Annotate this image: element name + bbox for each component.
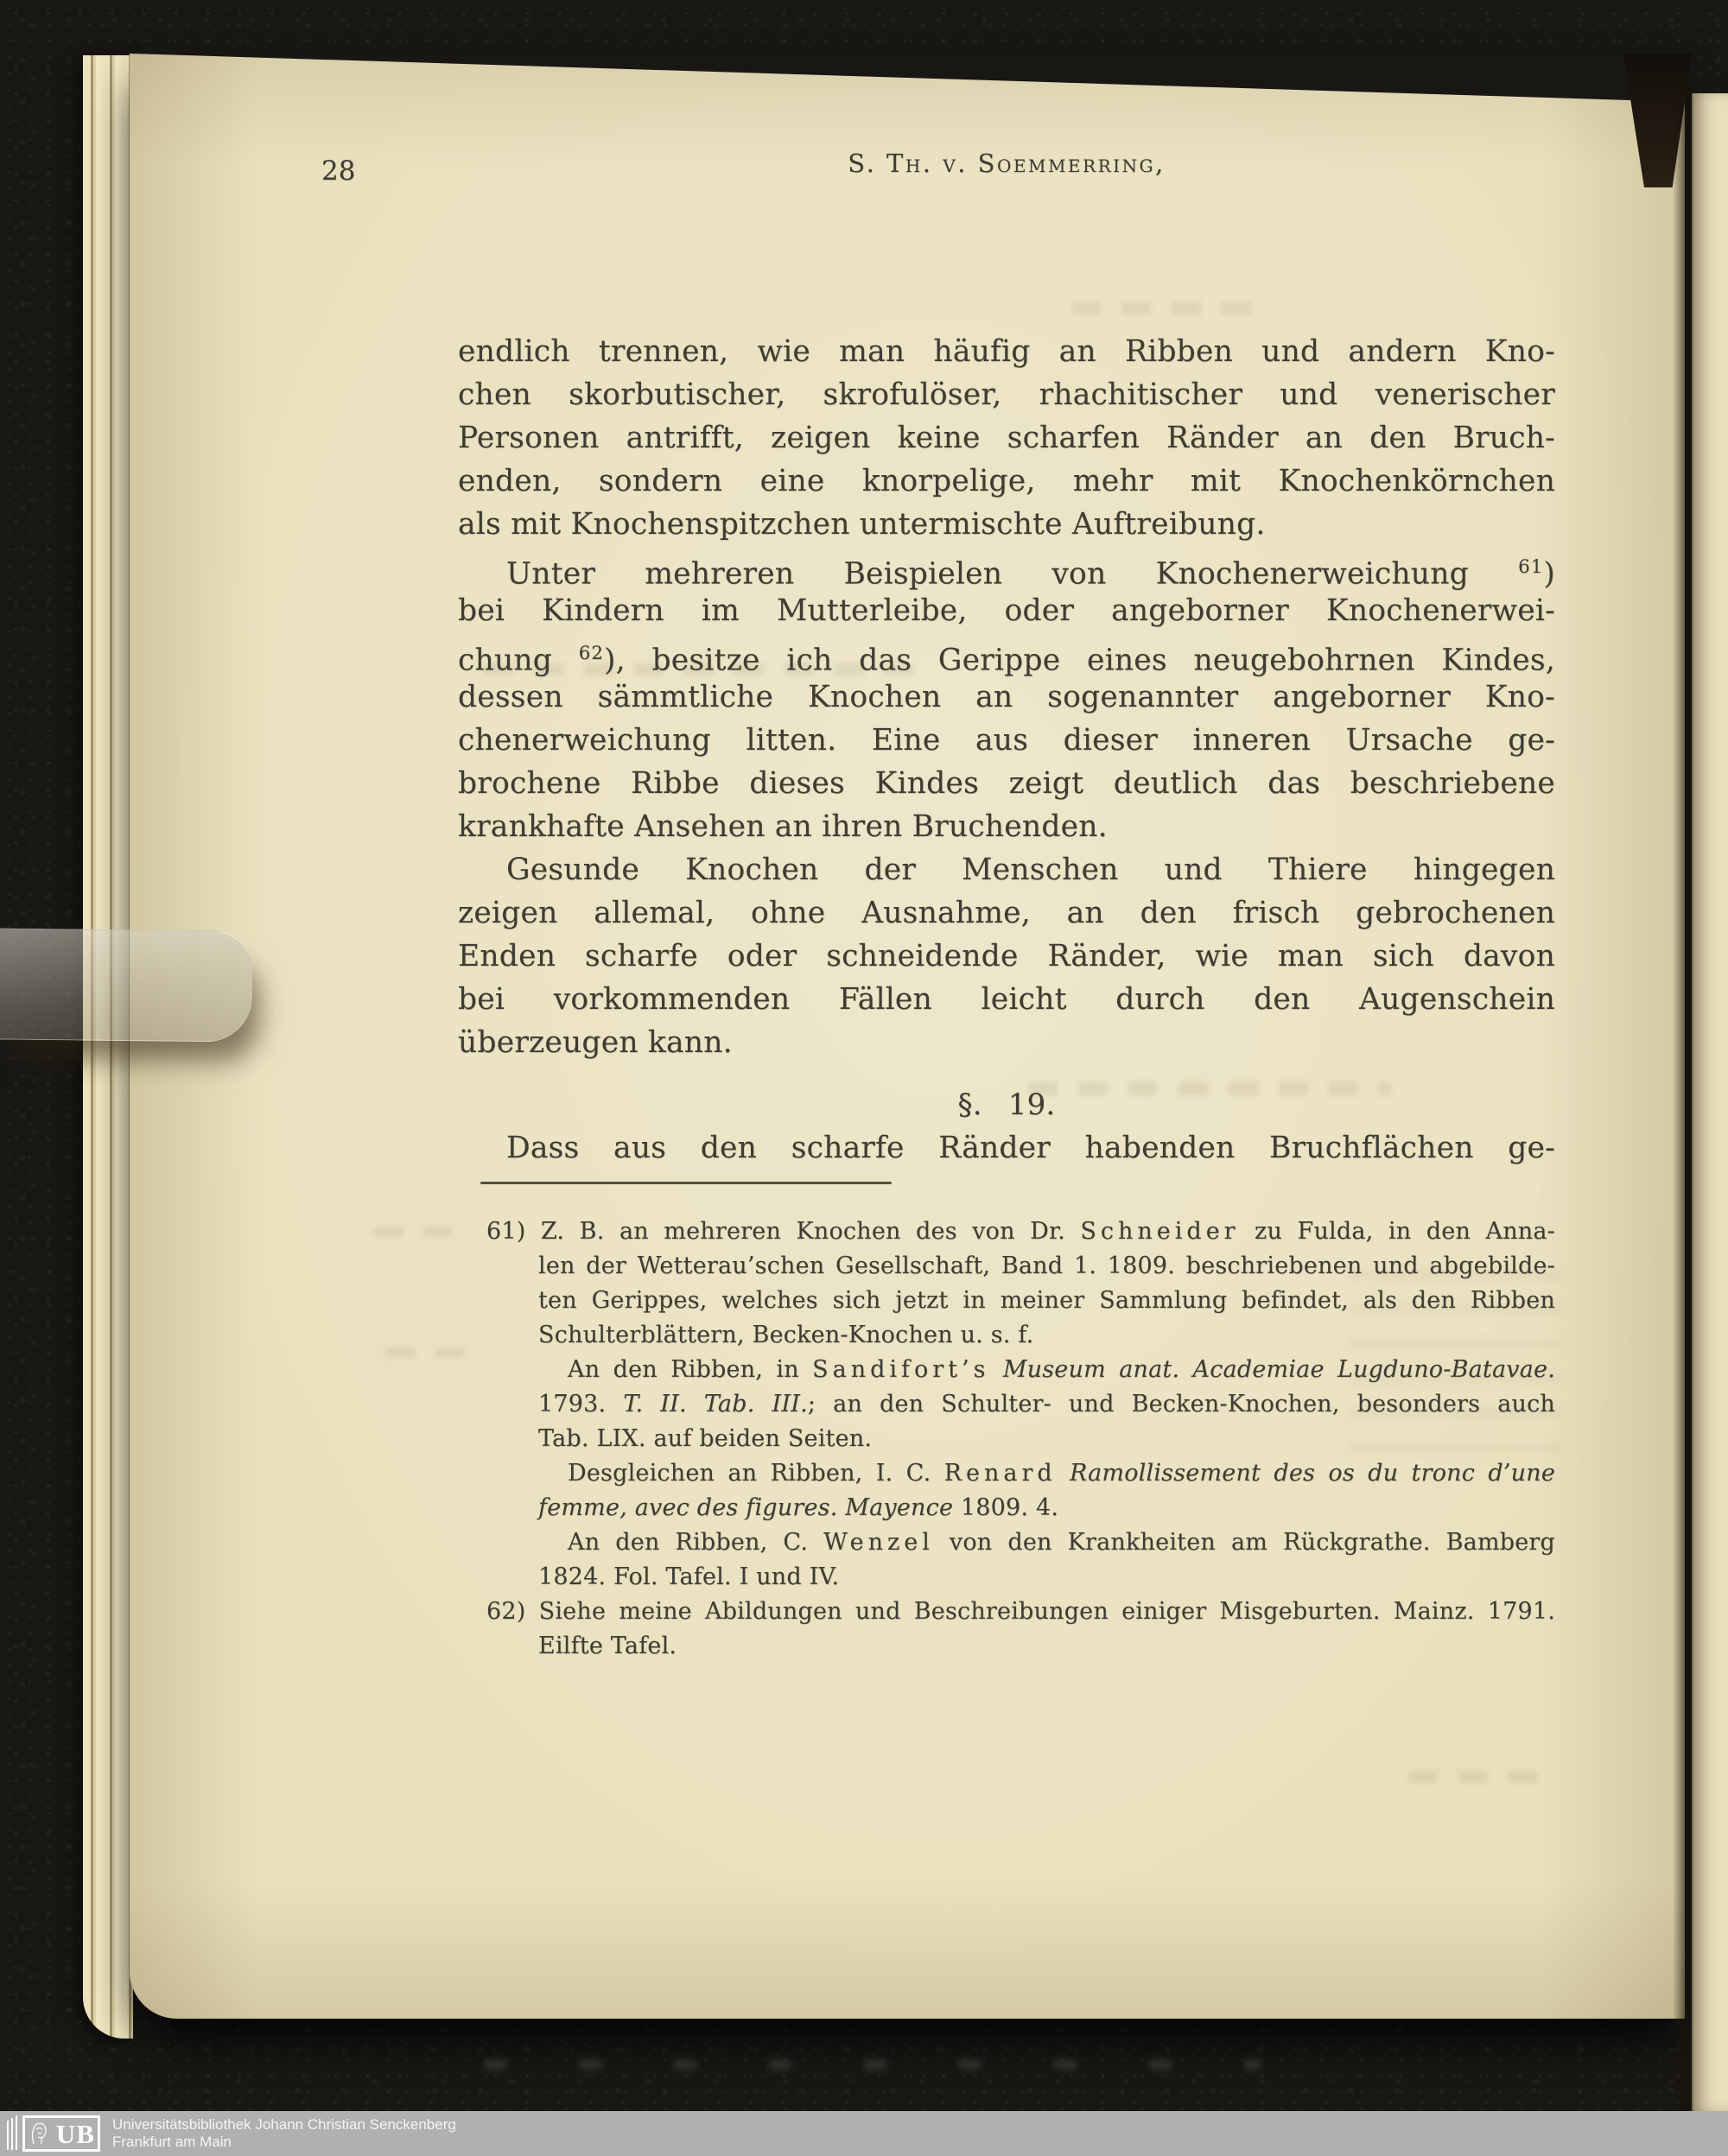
text-line: chen skorbutischer, skrofulöser, rhachit… <box>458 373 1555 416</box>
paragraph: Dass aus den scharfe Ränder habenden Bru… <box>458 1126 1555 1170</box>
text-line: An den Ribben, in Sandifort’s Museum ana… <box>486 1353 1555 1387</box>
bookmark-clip <box>0 928 253 1042</box>
cover-scuff-marks <box>484 2059 1261 2070</box>
text-line: ten Gerippes, welches sich jetzt in mein… <box>486 1284 1555 1318</box>
paragraph: Unter mehreren Beispielen von Knochenerw… <box>458 546 1555 848</box>
text-line: zeigen allemal, ohne Ausnahme, an den fr… <box>458 891 1555 935</box>
section-heading: §.19. <box>458 1083 1555 1126</box>
portrait-icon <box>28 2121 50 2146</box>
gutter-shadow <box>1673 86 1693 2111</box>
text-line: krankhafte Ansehen an ihren Bruchenden. <box>458 805 1555 848</box>
page-number: 28 <box>321 155 355 187</box>
text-line: enden, sondern eine knorpelige, mehr mit… <box>458 460 1555 503</box>
text-line: Tab. LIX. auf beiden Seiten. <box>486 1422 1555 1456</box>
text-line: Desgleichen an Ribben, I. C. Renard Ramo… <box>486 1456 1555 1491</box>
text-line: Unter mehreren Beispielen von Knochenerw… <box>458 546 1555 589</box>
paragraph: endlich trennen, wie man häufig an Ribbe… <box>458 330 1555 546</box>
section-mark: §. <box>958 1088 982 1122</box>
text-line: chung 62), besitze ich das Gerippe eines… <box>458 632 1555 675</box>
text-line: Gesunde Knochen der Menschen und Thiere … <box>458 848 1555 891</box>
text-line: Enden scharfe oder schneidende Ränder, w… <box>458 935 1555 978</box>
text-line: 1824. Fol. Tafel. I und IV. <box>486 1560 1555 1595</box>
text-line: überzeugen kann. <box>458 1021 1555 1064</box>
text-line: bei Kindern im Mutterleibe, oder angebor… <box>458 589 1555 632</box>
text-line: chenerweichung litten. Eine aus dieser i… <box>458 719 1555 762</box>
text-line: als mit Knochenspitzchen untermischte Au… <box>458 503 1555 546</box>
text-line: endlich trennen, wie man häufig an Ribbe… <box>458 330 1555 373</box>
text-line: 62) Siehe meine Abildungen und Beschreib… <box>486 1595 1555 1629</box>
showthrough-smudge <box>373 1227 468 1237</box>
text-line: Schulterblättern, Becken-Knochen u. s. f… <box>486 1318 1555 1353</box>
text-line: brochene Ribbe dieses Kindes zeigt deutl… <box>458 762 1555 805</box>
ub-logo-lines <box>7 2117 20 2150</box>
library-name-line1: Universitätsbibliothek Johann Christian … <box>112 2116 456 2134</box>
ub-logo: UB <box>7 2115 100 2152</box>
footnote-separator <box>480 1182 892 1184</box>
text-line: bei vorkommenden Fällen leicht durch den… <box>458 978 1555 1021</box>
library-name: Universitätsbibliothek Johann Christian … <box>112 2116 456 2151</box>
library-footer-bar: UB Universitätsbibliothek Johann Christi… <box>0 2111 1728 2156</box>
library-name-line2: Frankfurt am Main <box>112 2134 456 2151</box>
text-line: 61) Z. B. an mehreren Knochen des von Dr… <box>486 1214 1555 1249</box>
text-line: 1793. T. II. Tab. III.; an den Schulter-… <box>486 1387 1555 1422</box>
text-line: Eilfte Tafel. <box>486 1629 1555 1664</box>
scanned-book-page: 28 S. Th. v. Soemmerring, endlich trenne… <box>0 0 1728 2156</box>
showthrough-smudge <box>1071 302 1261 314</box>
text-line: dessen sämmtliche Knochen an sogenannter… <box>458 675 1555 719</box>
showthrough-smudge <box>1408 1771 1555 1783</box>
text-line: Dass aus den scharfe Ränder habenden Bru… <box>458 1126 1555 1170</box>
text-line: femme, avec des figures. Mayence 1809. 4… <box>486 1491 1555 1525</box>
page-edges <box>83 55 133 2039</box>
section-number: 19. <box>1008 1088 1056 1122</box>
facing-page-edge <box>1692 93 1728 2111</box>
running-title: S. Th. v. Soemmerring, <box>458 149 1555 178</box>
paragraph: Gesunde Knochen der Menschen und Thiere … <box>458 848 1555 1064</box>
text-line: Personen antrifft, zeigen keine scharfen… <box>458 416 1555 460</box>
ub-logo-box: UB <box>22 2115 100 2152</box>
body-text: endlich trennen, wie man häufig an Ribbe… <box>458 330 1555 1170</box>
text-line: len der Wetterau’schen Gesellschaft, Ban… <box>486 1249 1555 1284</box>
text-line: An den Ribben, C. Wenzel von den Krankhe… <box>486 1525 1555 1560</box>
ub-logo-text: UB <box>56 2121 95 2147</box>
showthrough-smudge <box>385 1347 472 1358</box>
footnotes: 61) Z. B. an mehreren Knochen des von Dr… <box>486 1214 1555 1664</box>
